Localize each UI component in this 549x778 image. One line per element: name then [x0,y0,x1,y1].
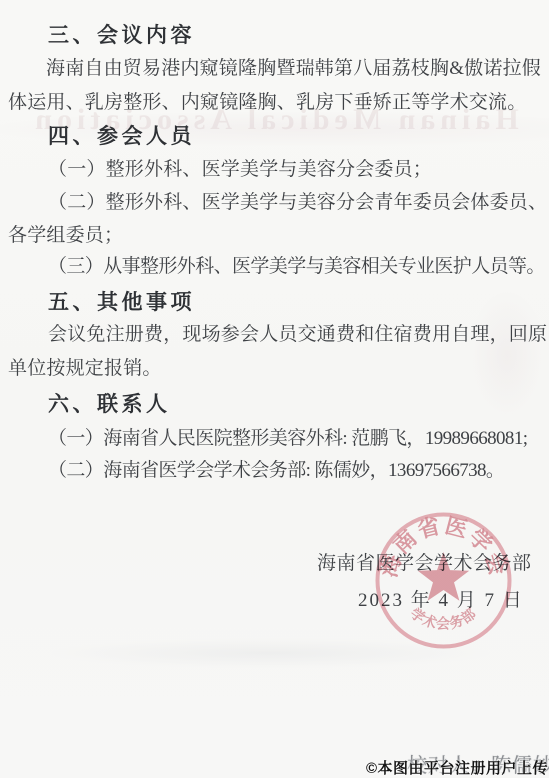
body-line: （三）从事整形外科、医学美学与美容相关专业医护人员等。 [48,251,545,278]
scan-smudge [468,290,546,420]
star-icon [418,552,469,601]
section-heading-participants: 四、参会人员 [48,120,195,150]
seal-arc-bottom-text: 学术会务部 [407,605,480,633]
svg-text:学术会务部: 学术会务部 [407,605,480,633]
body-line: （一）整形外科、医学美学与美容分会委员； [48,154,432,181]
body-line: 会议免注册费，现场参会人员交通费和住宿费用自理，回原 [48,319,547,346]
contact-line-2: （二）海南省医学会学术会务部: 陈儒妙，13697566738。 [48,455,504,482]
body-line: （二）整形外科、医学美学与美容分会青年委员会体委员、 [48,187,547,214]
contact-line-1: （一）海南省人民医院整形美容外科: 范鹏飞，19989668081; [48,423,527,450]
section-heading-contacts: 六、联系人 [48,388,171,418]
section-heading-other-matters: 五、其他事项 [48,286,195,316]
body-line: 单位按规定报销。 [8,353,162,380]
body-line: 体运用、乳房整形、内窥镜隆胸、乳房下垂矫正等学术交流。 [8,87,526,114]
section-heading-meeting-content: 三、会议内容 [48,19,195,49]
platform-upload-watermark: ©本图由平台注册用户上传 [366,757,548,778]
body-line: 各学组委员； [8,220,123,247]
body-line: 海南自由贸易港内窥镜隆胸暨瑞韩第八届荔枝胸&傲诺拉假 [46,53,541,80]
official-seal-stamp: 海南省医学会 学术会务部 [371,508,516,653]
scanned-document-page: Hainan Medical Association 三、会议内容 海南自由贸易… [0,0,549,778]
